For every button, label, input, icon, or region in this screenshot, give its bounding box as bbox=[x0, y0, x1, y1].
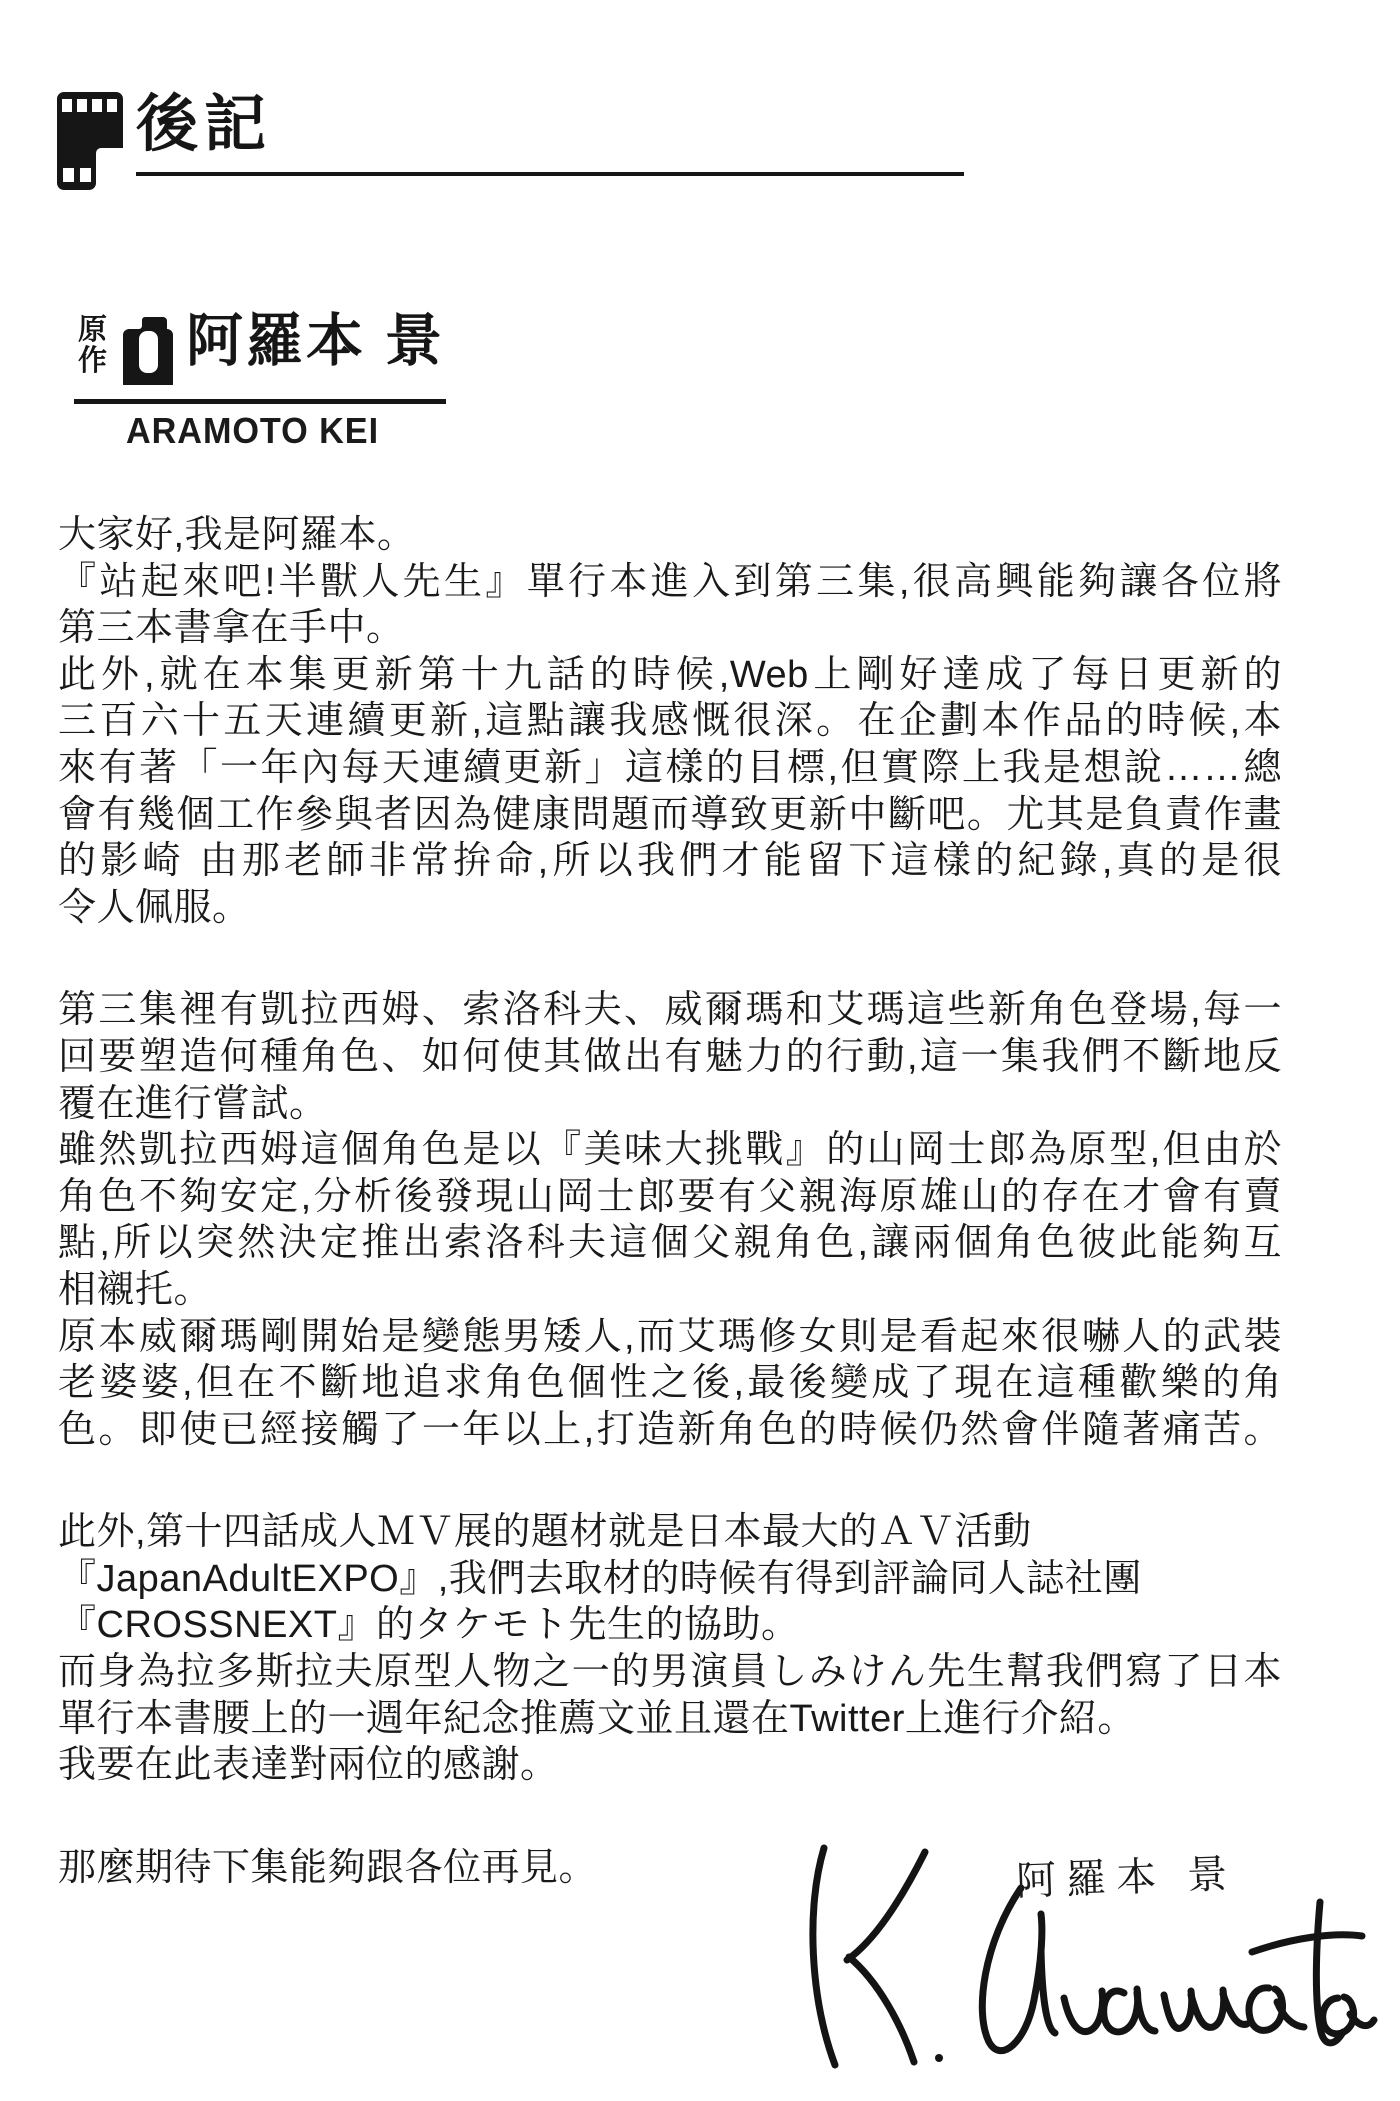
text-line: 點,所以突然決定推出索洛科夫這個父親角色,讓兩個角色彼此能夠互 bbox=[58, 1220, 1282, 1267]
author-role-char-top: 原 bbox=[78, 315, 107, 346]
film-strip-icon bbox=[57, 92, 123, 195]
author-name: 阿羅本 景 bbox=[186, 313, 445, 370]
text-line: 令人佩服。 bbox=[58, 885, 1282, 932]
author-role-char-bottom: 作 bbox=[78, 346, 107, 377]
text-line: 的影崎 由那老師非常拚命,所以我們才能留下這樣的紀錄,真的是很 bbox=[58, 838, 1282, 885]
text-line: 大家好,我是阿羅本。 bbox=[58, 512, 1282, 559]
text-line: 會有幾個工作參與者因為健康問題而導致更新中斷吧。尤其是負責作畫 bbox=[58, 792, 1282, 839]
signature-kanji: 阿羅本 景 bbox=[1015, 1842, 1238, 1907]
paragraph: 大家好,我是阿羅本。『站起來吧!半獸人先生』單行本進入到第三集,很高興能夠讓各位… bbox=[58, 512, 1282, 931]
text-line: 『CROSSNEXT』的タケモト先生的協助。 bbox=[58, 1602, 1282, 1649]
text-line: 第三本書拿在手中。 bbox=[58, 605, 1282, 652]
text-line: 角色不夠安定,分析後發現山岡士郎要有父親海原雄山的存在才會有賣 bbox=[58, 1174, 1282, 1221]
text-line: 單行本書腰上的一週年紀念推薦文並且還在Twitter上進行介紹。 bbox=[58, 1696, 1282, 1743]
page-title: 後記 bbox=[136, 94, 272, 156]
author-name-romanized: ARAMOTO KEI bbox=[126, 410, 379, 452]
paragraph: 此外,第十四話成人ＭＶ展的題材就是日本最大的ＡＶ活動『JapanAdultEXP… bbox=[58, 1509, 1282, 1789]
text-line: 此外,第十四話成人ＭＶ展的題材就是日本最大的ＡＶ活動 bbox=[58, 1509, 1282, 1556]
author-rule bbox=[74, 399, 446, 404]
text-line: 『站起來吧!半獸人先生』單行本進入到第三集,很高興能夠讓各位將 bbox=[58, 559, 1282, 606]
text-line: 此外,就在本集更新第十九話的時候,Web上剛好達成了每日更新的 bbox=[58, 652, 1282, 699]
title-rule bbox=[136, 172, 964, 176]
text-line: 三百六十五天連續更新,這點讓我感慨很深。在企劃本作品的時候,本 bbox=[58, 698, 1282, 745]
film-canister-icon bbox=[123, 315, 173, 390]
text-line: 『JapanAdultEXPO』,我們去取材的時候有得到評論同人誌社團 bbox=[58, 1556, 1282, 1603]
author-role-label: 原 作 bbox=[78, 315, 107, 377]
text-line: 我要在此表達對兩位的感謝。 bbox=[58, 1742, 1282, 1789]
text-line: 來有著「一年內每天連續更新」這樣的目標,但實際上我是想說……總 bbox=[58, 745, 1282, 792]
text-line: 老婆婆,但在不斷地追求角色個性之後,最後變成了現在這種歡樂的角 bbox=[58, 1360, 1282, 1407]
paragraph: 第三集裡有凱拉西姆、索洛科夫、威爾瑪和艾瑪這些新角色登場,每一回要塑造何種角色、… bbox=[58, 987, 1282, 1453]
text-line: 而身為拉多斯拉夫原型人物之一的男演員しみけん先生幫我們寫了日本 bbox=[58, 1649, 1282, 1696]
text-line: 覆在進行嘗試。 bbox=[58, 1081, 1282, 1128]
text-line: 雖然凱拉西姆這個角色是以『美味大挑戰』的山岡士郎為原型,但由於 bbox=[58, 1127, 1282, 1174]
text-line: 相襯托。 bbox=[58, 1267, 1282, 1314]
afterword-page: 後記 原 作 阿羅本 景 ARAMOTO KEI 大家好,我是阿羅本。『站起來吧… bbox=[0, 0, 1400, 2101]
text-line: 原本威爾瑪剛開始是變態男矮人,而艾瑪修女則是看起來很嚇人的武裝 bbox=[58, 1314, 1282, 1361]
text-line: 回要塑造何種角色、如何使其做出有魅力的行動,這一集我們不斷地反 bbox=[58, 1034, 1282, 1081]
body-text: 大家好,我是阿羅本。『站起來吧!半獸人先生』單行本進入到第三集,很高興能夠讓各位… bbox=[58, 512, 1282, 1947]
signature-block: 阿羅本 景 bbox=[778, 1830, 1378, 2090]
text-line: 色。即使已經接觸了一年以上,打造新角色的時候仍然會伴隨著痛苦。 bbox=[58, 1407, 1282, 1454]
text-line: 第三集裡有凱拉西姆、索洛科夫、威爾瑪和艾瑪這些新角色登場,每一 bbox=[58, 987, 1282, 1034]
